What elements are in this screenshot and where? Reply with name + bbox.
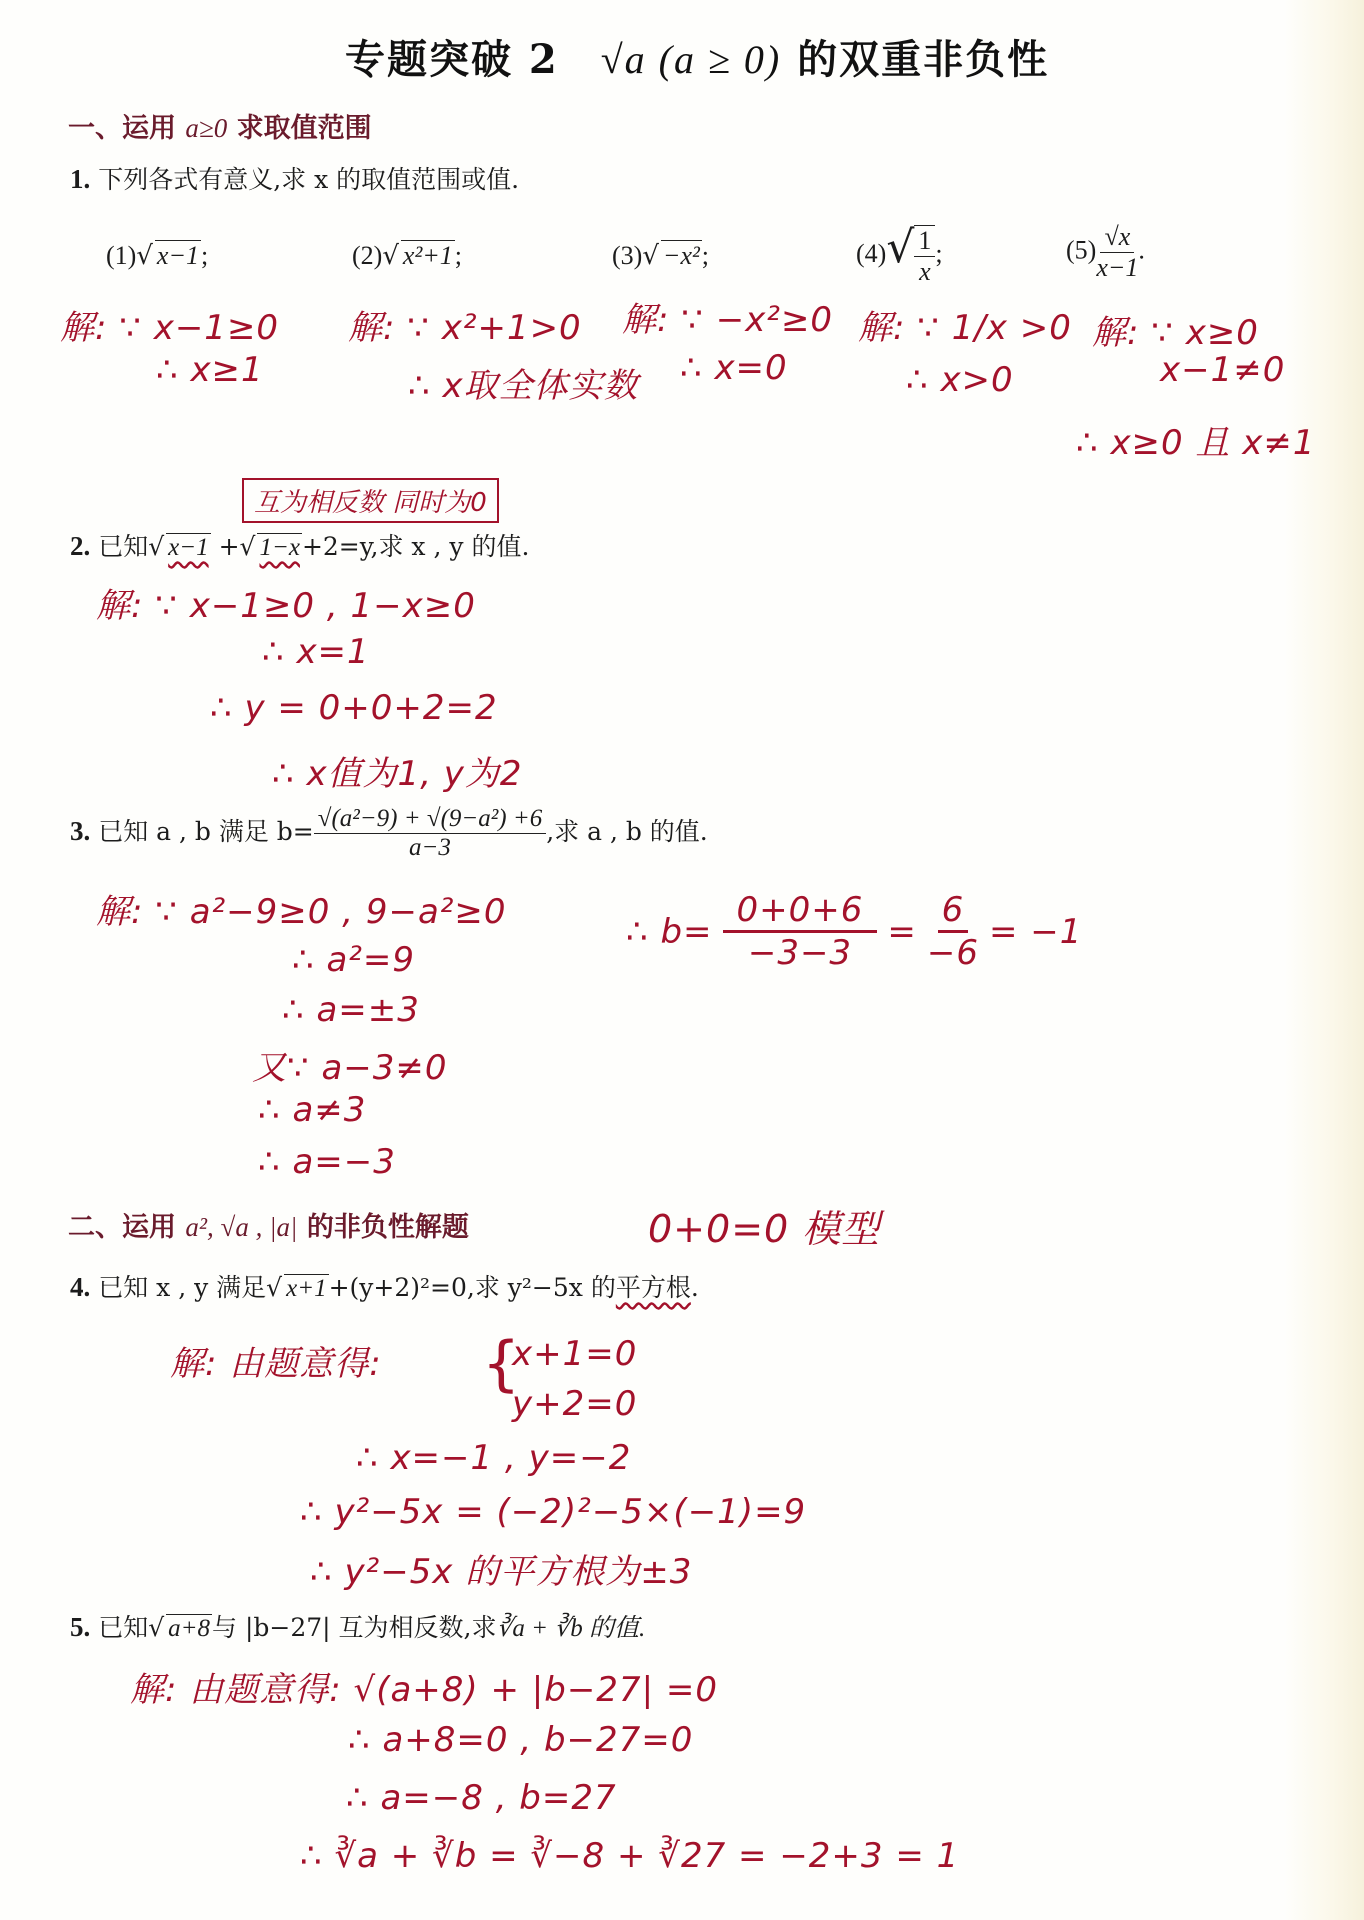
handwritten-solution-line: 解: ∵ x−1≥0 [60,300,279,349]
q1-part-1: (1)√x−1; [106,240,208,271]
section-rest: 的非负性解题 [307,1212,469,1243]
section-heading-1: 一、运用 a≥0 求取值范围 [68,106,372,145]
handwritten-solution-lead: 解: 由题意得: [170,1336,382,1385]
page-edge-shadow [1284,0,1364,1920]
part-label: (3) [612,241,642,270]
handwritten-solution-line: ∴ y²−5x = (−2)²−5×(−1)=9 [300,1492,806,1532]
handwritten-solution-line: 解: ∵ x−1≥0 , 1−x≥0 [96,578,476,627]
question-number: 3. [70,816,90,846]
question-number: 4. [70,1272,90,1302]
handwritten-solution-line: ∴ a²=9 [292,940,415,980]
handwritten-solution-line: ∴ x取全体实数 [408,358,639,407]
section-label: 一、运用 [68,113,176,144]
radicand-underlined: 1−x [257,533,301,562]
part-label: (1) [106,241,136,270]
handwritten-solution-line: x−1≠0 [1160,350,1285,390]
question-text: 与 |b−27| 互为相反数,求 [212,1613,496,1642]
radicand: x+1 [284,1274,328,1303]
handwritten-solution-line: ∴ a+8=0 , b−27=0 [348,1720,693,1760]
hw-lead: ∴ b= [626,912,713,952]
q1-part-3: (3)√−x²; [612,240,709,271]
handwritten-solution-line: ∴ x>0 [906,360,1014,400]
question-4: 4. 已知 x , y 满足√x+1+(y+2)²=0,求 y²−5x 的平方根… [70,1268,699,1304]
underlined-text: 平方根 [616,1273,691,1302]
handwritten-solution-line: 解: ∵ x²+1>0 [348,300,582,349]
numerator: 1 [914,226,935,257]
denominator: a−3 [409,834,451,862]
denominator: x [919,257,931,287]
part-end: . [1138,235,1145,264]
question-5: 5. 已知√a+8与 |b−27| 互为相反数,求∛a + ∛b 的值. [70,1608,645,1644]
q1-part-5: (5)√xx−1. [1066,222,1145,283]
radicand-underlined: x−1 [166,533,210,562]
part-end: ; [201,241,208,270]
question-text: 已知 [98,1613,148,1642]
title-math: √a (a ≥ 0) [601,37,782,82]
question-text: +2=y,求 x , y 的值. [302,532,529,561]
section-label: 二、运用 [68,1212,176,1243]
question-text: 下列各式有意义,求 x 的取值范围或值. [98,165,519,194]
handwritten-solution-line: 解: ∵ a²−9≥0 , 9−a²≥0 [96,884,507,933]
hw-numerator: 6 [938,890,969,933]
q1-part-2: (2)√x²+1; [352,240,462,271]
handwritten-solution-line: ∴ x=1 [262,632,370,672]
question-1: 1. 下列各式有意义,求 x 的取值范围或值. [70,160,519,196]
numerator: √x [1100,222,1134,253]
handwritten-solution-line: 又∵ a−3≠0 [252,1040,448,1089]
part-end: ; [935,239,942,268]
hw-numerator: 0+0+6 [723,890,878,933]
page-title: 专题突破 2 √a (a ≥ 0) 的双重非负性 [345,28,1049,85]
handwritten-annotation: 0+0=0 模型 [648,1198,880,1253]
handwritten-solution-line: ∴ ∛a + ∛b = ∛−8 + ∛27 = −2+3 = 1 [300,1836,959,1876]
section-math: a², √a , |a| [185,1212,297,1242]
handwritten-system-line: x+1=0 [512,1334,637,1374]
question-text: 已知 a , b 满足 b= [98,817,314,846]
handwritten-solution-line: ∴ x=0 [680,348,788,388]
radicand: −x² [661,240,702,271]
handwritten-solution-line: 解: ∵ x≥0 [1092,305,1259,354]
handwritten-solution-line: ∴ x≥0 且 x≠1 [1076,415,1316,464]
handwritten-solution-line: 解: ∵ −x²≥0 [622,292,833,341]
handwritten-solution-line: ∴ x≥1 [156,350,264,390]
hw-denominator: −6 [927,933,979,973]
question-text: ∛a + ∛b 的值. [496,1615,645,1642]
question-text: ,求 a , b 的值. [546,817,708,846]
question-3: 3. 已知 a , b 满足 b=√(a²−9) + √(9−a²) +6a−3… [70,805,708,862]
handwritten-system-line: y+2=0 [512,1384,637,1424]
handwritten-b-solution: ∴ b= 0+0+6−3−3 = 6−6 = −1 [626,890,1082,973]
handwritten-solution-line: ∴ x=−1 , y=−2 [356,1438,631,1478]
q1-part-4: (4)√1x; [856,222,943,287]
section-rest: 求取值范围 [237,113,372,144]
radicand: a+8 [166,1614,212,1643]
part-label: (5) [1066,235,1096,264]
part-end: ; [455,241,462,270]
handwritten-solution-line: ∴ y²−5x 的平方根为±3 [310,1544,692,1593]
denominator: x−1 [1096,253,1138,283]
part-end: ; [702,241,709,270]
handwritten-solution-line: 解: 由题意得: √(a+8) + |b−27| =0 [130,1662,718,1711]
handwritten-solution-line: ∴ y = 0+0+2=2 [210,688,498,728]
handwritten-note-box: 互为相反数 同时为0 [242,478,499,523]
question-end: . [691,1273,699,1302]
part-label: (2) [352,241,382,270]
question-2: 2. 已知√x−1 +√1−x+2=y,求 x , y 的值. [70,527,529,563]
hw-equals: = [887,912,917,952]
radicand: x²+1 [401,240,455,271]
part-label: (4) [856,239,886,268]
handwritten-solution-line: ∴ a≠3 [258,1090,366,1130]
question-text: +(y+2)²=0,求 y²−5x 的 [329,1273,616,1302]
section-heading-2: 二、运用 a², √a , |a| 的非负性解题 [68,1205,469,1244]
question-number: 5. [70,1612,90,1642]
question-text: 已知 x , y 满足 [98,1273,266,1302]
handwritten-solution-line: 解: ∵ 1/x >0 [858,300,1072,349]
hw-denominator: −3−3 [748,933,852,973]
section-math: a≥0 [185,113,227,143]
handwritten-solution-line: ∴ a=−3 [258,1142,396,1182]
title-suffix: 的双重非负性 [797,36,1049,83]
numerator: √(a²−9) + √(9−a²) +6 [314,805,546,834]
handwritten-solution-line: ∴ a=±3 [282,990,420,1030]
question-number: 2. [70,531,90,561]
handwritten-solution-line: ∴ a=−8 , b=27 [346,1778,617,1818]
question-text: 已知 [98,532,148,561]
title-prefix: 专题突破 2 [345,36,559,83]
handwritten-solution-line: ∴ x值为1, y为2 [272,746,523,795]
plus-sign: + [219,532,240,561]
hw-result: = −1 [989,912,1082,952]
radicand: x−1 [155,240,201,271]
question-number: 1. [70,164,90,194]
